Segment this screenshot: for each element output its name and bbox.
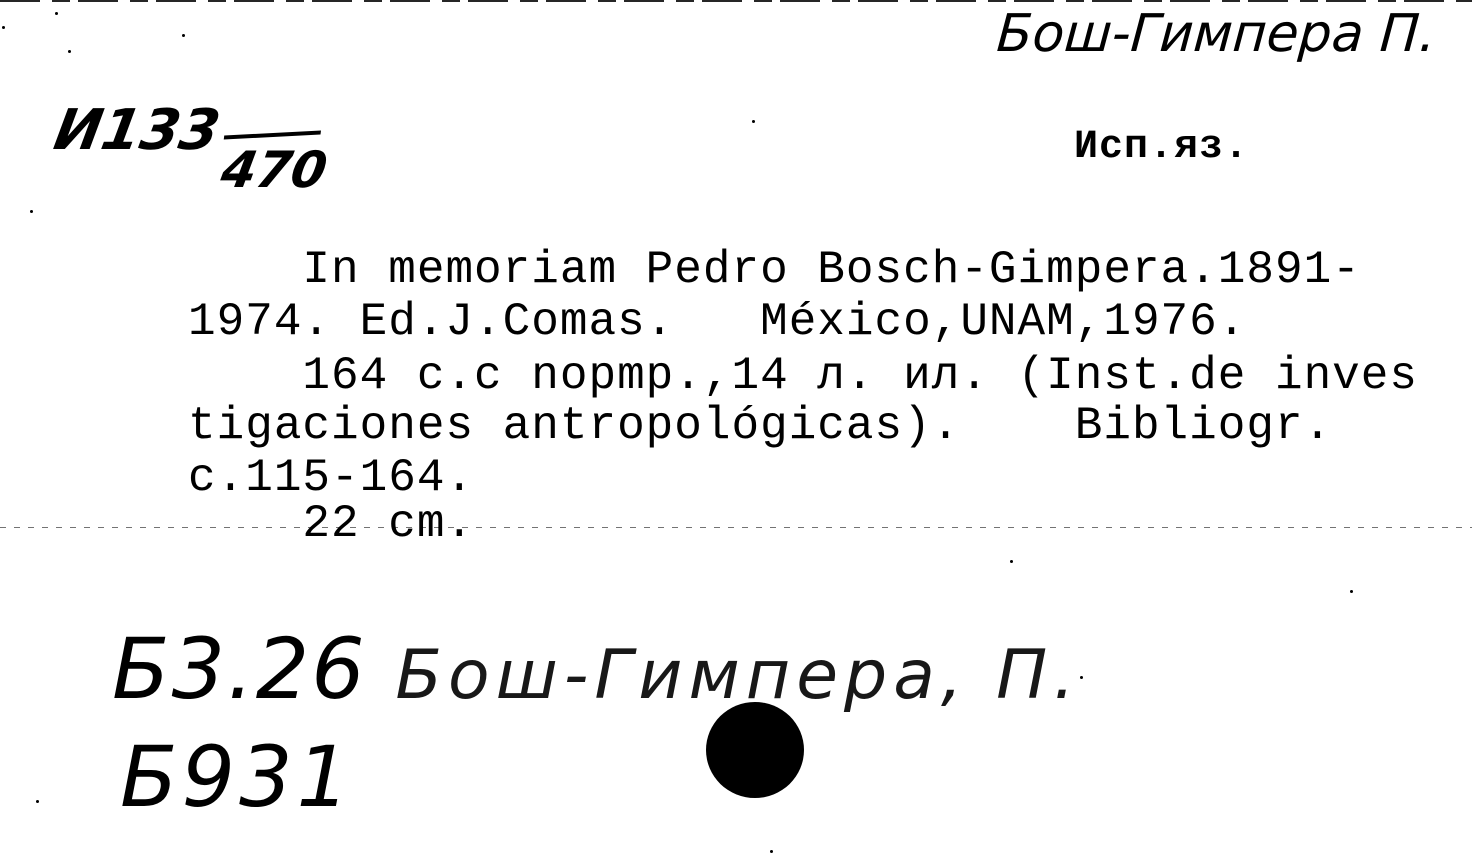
punch-hole bbox=[706, 702, 804, 798]
scan-speck bbox=[1080, 676, 1083, 679]
scan-speck bbox=[182, 34, 185, 37]
description-line-series: tigaciones antropológicas). Bibliogr. bbox=[188, 400, 1332, 452]
classification-number: Б3.26 bbox=[112, 620, 367, 718]
language-label: Исп.яз. bbox=[1074, 122, 1249, 174]
author-heading: Бош-Гимпера П. bbox=[995, 4, 1438, 64]
description-line-size: 22 cm. bbox=[188, 498, 474, 550]
call-number-sub: 470 bbox=[217, 141, 332, 199]
catalog-card: Бош-Гимпера П. И133470 Исп.яз. In memori… bbox=[0, 0, 1472, 856]
scan-speck bbox=[1350, 590, 1353, 593]
scan-speck bbox=[68, 50, 71, 53]
call-number: И133470 bbox=[43, 98, 339, 199]
author-number: Б931 bbox=[120, 728, 354, 826]
shelf-author-entry: Бош-Гимпера, П. bbox=[395, 636, 1081, 715]
call-number-main: И133 bbox=[49, 98, 224, 163]
description-line-pagination: 164 c.c nopmp.,14 л. ил. (Inst.de inves bbox=[188, 350, 1418, 402]
scan-speck bbox=[55, 12, 58, 15]
scan-speck bbox=[2, 26, 5, 29]
description-line-publication: 1974. Ed.J.Comas. México,UNAM,1976. bbox=[188, 296, 1246, 348]
card-ruled-line bbox=[0, 527, 1472, 528]
shelf-mark-line: Б3.26 Бош-Гимпера, П. bbox=[112, 620, 1081, 718]
scan-speck bbox=[30, 210, 33, 213]
description-line-bibliography: c.115-164. bbox=[188, 452, 474, 504]
scan-speck bbox=[770, 850, 773, 853]
card-top-edge bbox=[0, 0, 1472, 2]
scan-speck bbox=[36, 800, 39, 803]
scan-speck bbox=[1010, 560, 1013, 563]
scan-speck bbox=[752, 120, 755, 123]
description-line-title: In memoriam Pedro Bosch-Gimpera.1891- bbox=[188, 244, 1361, 296]
